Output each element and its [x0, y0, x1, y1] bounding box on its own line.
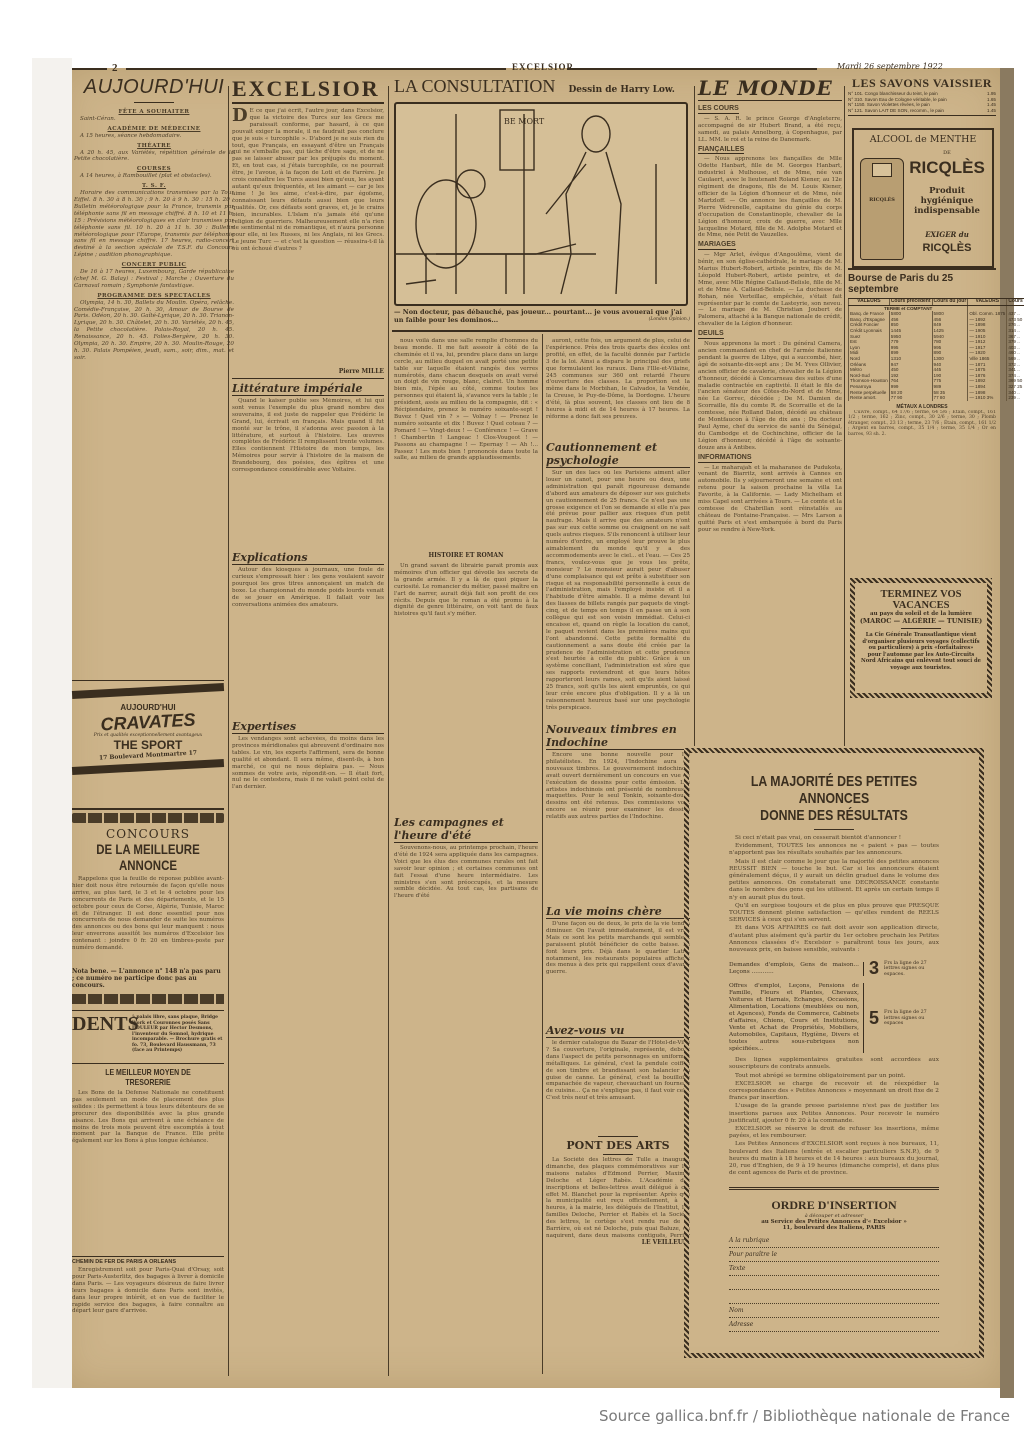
- section-paragraph: Quand le kaiser publie ses Mémoires, et …: [232, 398, 384, 474]
- le-monde-title: LE MONDE: [698, 76, 842, 101]
- ad-vacances: TERMINEZ VOS VACANCES au pays du soleil …: [850, 578, 992, 698]
- bourse-cell: Banq. de France: [849, 311, 890, 317]
- section-paragraph: Souvenons-nous, au printemps prochain, l…: [394, 845, 538, 900]
- annonce-paragraph: Si ceci n'était pas vrai, on cesserait b…: [729, 835, 939, 842]
- ricqles-brand: RICQLÈS: [904, 158, 990, 178]
- caption-source: (London Opinion.): [649, 316, 690, 324]
- bourse-header: VALEURS: [968, 299, 1007, 306]
- section-text: Horaire des communications transmises pa…: [74, 190, 234, 259]
- section-text: — S. A. R. le prince George d'Angleterre…: [698, 116, 842, 144]
- tresorerie-title: LE MEILLEUR MOYEN DE TRESORERIE: [86, 1067, 211, 1087]
- cartoon-credit: Dessin de Harry Low.: [569, 85, 675, 95]
- section-heading: Avez-vous vu: [546, 1024, 690, 1038]
- annonces-subtitle: DONNE DES RÉSULTATS: [715, 807, 953, 824]
- savon-label: N° 121. Savon LAIT DE SON, recomm., le p…: [848, 108, 944, 114]
- ad-dents: DENTS à palais libre, sans plaque, Bridg…: [72, 1010, 224, 1059]
- section-text: Nous apprenons la mort : Du général Came…: [698, 341, 842, 452]
- col-annonces: LES SAVONS VAISSIER N° 101. Congo blanch…: [848, 76, 996, 118]
- annonce-condition: EXCELSIOR se réserve le droit de refuser…: [729, 1126, 939, 1140]
- section-heading: FIANÇAILLES: [698, 147, 744, 155]
- bourse-row: Rente amort.77 9077 80— 1910 3%239 ..233…: [849, 395, 1024, 401]
- ad-cravates: AUJOURD'HUI CRAVATES Prix et qualités ex…: [72, 680, 224, 790]
- annonce-condition: Des lignes supplémentaires gratuites son…: [729, 1057, 939, 1071]
- header-rule: [126, 68, 506, 70]
- concours-text: Rappelons que la feuille de réponse publ…: [72, 876, 224, 952]
- col-aujourdhui: AUJOURD'HUI FÊTE A SOUHAITERSaint-Céran.…: [74, 76, 234, 626]
- pont-des-arts-signature: LE VEILLEUR.: [546, 1239, 690, 1246]
- tarif-unit: Frs la ligne de 27 lettres signes ou esp…: [884, 961, 934, 978]
- concours-nota: Nota bene. — L'annonce n° 148 n'a pas pa…: [72, 968, 224, 989]
- consultation-sections: HISTOIRE ET ROMANUn grand savant de libr…: [394, 552, 538, 1095]
- bourse-cell: — 1910 3%: [968, 395, 1007, 401]
- ricqles-line2: DE: [904, 150, 990, 156]
- column-divider: [228, 86, 229, 1376]
- tresorerie-section: LE MEILLEUR MOYEN DE TRESORERIE Les Bons…: [72, 1063, 224, 1347]
- ad-ricqles: ALCOOL de MENTHE RICQLÈS DE RICQLÈS Prod…: [852, 128, 994, 268]
- bourse-section: Bourse de Paris du 25 septembre VALEURSC…: [848, 268, 996, 439]
- section-heading: ACADÉMIE DE MÉDECINE: [74, 126, 234, 133]
- bourse-header: Cours précédent: [1007, 299, 1024, 306]
- col-excelsior: EXCELSIOR D E ce que j'ai écrit, l'autre…: [232, 76, 384, 886]
- section-heading: La vie moins chère: [546, 905, 690, 919]
- section-paragraph: Autour des kiosques à journaux, une foul…: [232, 567, 384, 608]
- col-chroniques: auront, cette fois, un argument de plus,…: [546, 338, 690, 1246]
- concours-subtitle: DE LA MEILLEURE ANNONCE: [86, 841, 211, 873]
- annonce-paragraph: Mais il est clair comme le jour que la m…: [729, 859, 939, 902]
- section-text: Souvenons-nous, au printemps prochain, l…: [394, 845, 538, 1095]
- section-heading: Explications: [232, 551, 384, 565]
- ricqles-exiger: EXIGER du: [904, 230, 990, 239]
- title-ornament: [134, 102, 174, 103]
- section-text: le dernier catalogue du Bazar de l'Hôtel…: [546, 1040, 690, 1130]
- annonce-paragraph: Et dans VOS AFFAIRES ce fait doit avoir …: [729, 925, 939, 954]
- ricqles-brand-footer: RICQLÈS: [904, 242, 990, 254]
- savon-price: 1.45: [987, 108, 996, 114]
- bourse-header: Cours du jour: [932, 299, 968, 306]
- metaux-text: Cuivre, compt., 64 17/6 ; terme, 64 5/6 …: [848, 410, 996, 438]
- svg-text:BE MORT: BE MORT: [504, 117, 545, 126]
- tresorerie-text: Les Bons de la Défense Nationale ne cons…: [72, 1090, 224, 1145]
- pont-des-arts-title: PONT DES ARTS: [546, 1139, 690, 1152]
- section-text: — Mgr Arlet, évêque d'Angoulême, vient d…: [698, 252, 842, 328]
- section-paragraph: Les vendanges sont achevées, du moins da…: [232, 736, 384, 791]
- vacances-countries: (MAROC — ALGÉRIE — TUNISIE): [855, 617, 987, 625]
- tarif-rubriques: Demandes d'emplois, Gens de maison... Le…: [729, 962, 864, 976]
- tarif-row: Demandes d'emplois, Gens de maison... Le…: [729, 958, 939, 979]
- bourse-cell: Obl. Comm. 1875: [968, 311, 1007, 317]
- section-heading: T. S. F.: [74, 183, 234, 190]
- section-heading: Les campagnes et l'heure d'été: [394, 816, 538, 843]
- section-paragraph: Sur un des lacs où les Parisiens aiment …: [546, 470, 690, 712]
- cartoon-drawing: BE MORT: [396, 104, 686, 304]
- section-text: Un grand savant de librairie parait prom…: [394, 563, 538, 813]
- drop-cap: D: [232, 108, 248, 124]
- ricqles-slogan: Produit hygiénique indispensable: [904, 186, 990, 216]
- ordre-field-adresse[interactable]: Adresse: [729, 1321, 939, 1332]
- ordre-form: A la rubriquePour paraître leTexteNomAdr…: [689, 1231, 979, 1332]
- column-divider: [542, 334, 543, 1374]
- consultation-header: LA CONSULTATION Dessin de Harry Low.: [394, 76, 690, 97]
- consultation-title: LA CONSULTATION: [394, 76, 555, 96]
- annonces-conditions: Des lignes supplémentaires gratuites son…: [689, 1057, 979, 1178]
- section-text: Quand le kaiser publie ses Mémoires, et …: [232, 398, 384, 548]
- bourse-cell: 77 90: [889, 395, 932, 401]
- section-heading: CONCERT PUBLIC: [74, 262, 234, 269]
- savons-price-list: N° 101. Congo blanchisseur du teint, le …: [848, 91, 996, 113]
- bourse-cell: 77 80: [932, 395, 968, 401]
- section-text: A 20 h. 45, aux Variétés, répétition gén…: [74, 150, 234, 164]
- section-text: — Le maharajah et la maharanee de Puduko…: [698, 465, 842, 534]
- dents-title: DENTS: [72, 1013, 139, 1036]
- section-heading: THÉATRE: [74, 143, 234, 150]
- col-le-monde: LE MONDE LES COURS— S. A. R. le prince G…: [698, 76, 842, 744]
- section-paragraph: le dernier catalogue du Bazar de l'Hôtel…: [546, 1040, 690, 1102]
- section-text: Saint-Céran.: [74, 116, 234, 123]
- source-credit: Source gallica.bnf.fr / Bibliothèque nat…: [599, 1407, 1010, 1425]
- page-number: 2: [112, 62, 119, 74]
- tarif-rubriques: Offres d'emploi, Leçons, Pensions de Fam…: [729, 983, 864, 1053]
- ordre-field-blank[interactable]: [729, 1293, 939, 1304]
- section-text: Les vendanges sont achevées, du moins da…: [232, 736, 384, 886]
- vacances-title: TERMINEZ VOS VACANCES: [855, 589, 987, 611]
- header-masthead: EXCELSIOR: [512, 62, 574, 72]
- excelsior-article: E ce que j'ai écrit, l'autre jour, dans …: [232, 108, 384, 252]
- pont-des-arts-text: La Société des lettres de Tulle a inaugu…: [546, 1157, 690, 1239]
- annonces-title: LA MAJORITÉ DES PETITES ANNONCES: [715, 773, 953, 807]
- newspaper-page: 2 EXCELSIOR Mardi 26 septembre 1922 AUJO…: [62, 68, 1002, 1388]
- annonce-paragraph: Qu'il en surgisse toujours et de plus en…: [729, 903, 939, 925]
- section-text: D'une façon ou de deux, le prix de la vi…: [546, 921, 690, 1021]
- section-text: Sur un des lacs où les Parisiens aiment …: [546, 470, 690, 720]
- article-signature: Pierre MILLE: [232, 368, 384, 375]
- ordre-field-a-la-rubrique[interactable]: A la rubrique: [729, 1237, 939, 1248]
- column-divider: [844, 86, 845, 746]
- annonce-condition: L'usage de la grande presse parisienne n…: [729, 1103, 939, 1125]
- section-heading: Cautionnement et psychologie: [546, 441, 690, 468]
- section-text: Encore une bonne nouvelle pour les phila…: [546, 752, 690, 902]
- concours-section: CONCOURS DE LA MEILLEURE ANNONCE Rappelo…: [72, 808, 224, 1004]
- savons-title: LES SAVONS VAISSIER: [848, 76, 996, 91]
- chemin-de-fer-text: Enregistrement soit pour Paris-Quai d'Or…: [72, 1267, 224, 1315]
- dents-text: à palais libre, sans plaque, Bridge Work…: [132, 1015, 224, 1054]
- chroniques-sections: Cautionnement et psychologieSur un des l…: [546, 441, 690, 1130]
- bourse-cell: 239 ..: [1007, 395, 1024, 401]
- savon-item: N° 121. Savon LAIT DE SON, recomm., le p…: [848, 108, 996, 114]
- section-heading: PROGRAMME DES SPECTACLES: [74, 293, 234, 300]
- tarif-row: Offres d'emploi, Leçons, Pensions de Fam…: [729, 983, 939, 1053]
- excelsior-sections: Littérature impérialeQuand le kaiser pub…: [232, 382, 384, 886]
- section-text: — Nous apprenons les fiançailles de Mlle…: [698, 156, 842, 239]
- annonces-tarifs: Demandes d'emplois, Gens de maison... Le…: [689, 958, 979, 1053]
- section-paragraph: Un grand savant de librairie parait prom…: [394, 563, 538, 618]
- section-text: Autour des kiosques à journaux, une foul…: [232, 567, 384, 717]
- chemin-de-fer-title: CHEMIN DE FER DE PARIS A ORLEANS: [72, 1259, 224, 1265]
- section-heading: Nouveaux timbres en Indochine: [546, 723, 690, 750]
- annonce-paragraph: Evidemment, TOUTES les annonces ne « pai…: [729, 843, 939, 857]
- annonce-condition: EXCELSIOR se charge de recevoir et de ré…: [729, 1081, 939, 1103]
- bourse-cell: Rente amort.: [849, 395, 890, 401]
- section-text: A 15 heures, séance hebdomadaire.: [74, 133, 234, 140]
- section-heading: DEUILS: [698, 331, 724, 339]
- aujourdhui-title: AUJOURD'HUI: [74, 76, 234, 99]
- section-paragraph: D'une façon ou de deux, le prix de la vi…: [546, 921, 690, 976]
- aujourdhui-sections: FÊTE A SOUHAITERSaint-Céran.ACADÉMIE DE …: [74, 106, 234, 626]
- section-heading: Expertises: [232, 720, 384, 734]
- ordre-field-nom[interactable]: Nom: [729, 1307, 939, 1318]
- tarif-unit: Frs la ligne de 27 lettres signes ou esp…: [884, 1010, 934, 1027]
- cartoon-illustration: BE MORT: [394, 102, 688, 306]
- ordre-field-blank[interactable]: [729, 1279, 939, 1290]
- section-paragraph: Encore une bonne nouvelle pour les phila…: [546, 752, 690, 821]
- ordre-field-texte[interactable]: Texte: [729, 1265, 939, 1276]
- header-date: Mardi 26 septembre 1922: [837, 62, 943, 71]
- section-heading: Littérature impériale: [232, 382, 384, 396]
- section-heading: HISTOIRE ET ROMAN: [394, 552, 538, 559]
- cartoon-caption: — Non docteur, pas débauché, pas joueur.…: [394, 308, 690, 324]
- annonce-condition: Les Petites Annonces d'EXCELSIOR sont re…: [729, 1141, 939, 1177]
- le-monde-sections: LES COURS— S. A. R. le prince George d'A…: [698, 104, 842, 744]
- header-rule: [72, 68, 107, 70]
- page-edge: [1000, 68, 1014, 1398]
- section-text: Olympia, 14 h. 30, Ballets du Moulin. Op…: [74, 300, 234, 362]
- section-text: A 14 heures, à Rambouillet (plat et obst…: [74, 173, 234, 180]
- annonces-paragraphs: Si ceci n'était pas vrai, on cesserait b…: [689, 835, 979, 955]
- col-consultation-text: nous voilà dans une salle remplie d'homm…: [394, 338, 538, 1095]
- ordre-field-pour-para-tre-le[interactable]: Pour paraître le: [729, 1251, 939, 1262]
- section-heading: INFORMATIONS: [698, 455, 752, 463]
- vacances-text: La Cie Générale Transatlantique vient d'…: [855, 632, 987, 672]
- bourse-row: Banq. de France58005800Obl. Comm. 187543…: [849, 311, 1024, 317]
- petites-annonces-box: LA MAJORITÉ DES PETITES ANNONCES DONNE D…: [684, 748, 984, 1358]
- bourse-header: VALEURS: [849, 299, 890, 306]
- tarif-price: 3: [869, 958, 879, 979]
- bottle-illustration: RICQLÈS: [860, 158, 904, 260]
- section-heading: FÊTE A SOUHAITER: [74, 109, 234, 116]
- column-divider: [388, 86, 389, 1376]
- consultation-text: nous voilà dans une salle remplie d'homm…: [394, 338, 538, 462]
- annonce-condition: Tout mot abrégé se termine obligatoireme…: [729, 1073, 939, 1080]
- bourse-cell: 327 25: [1007, 384, 1024, 390]
- excelsior-title: EXCELSIOR: [232, 76, 384, 104]
- tarif-price: 5: [869, 1008, 879, 1029]
- bourse-table: VALEURSCours précédentCours du jourVALEU…: [848, 298, 1024, 401]
- bourse-header: Cours précédent: [889, 299, 932, 306]
- section-text: De 16 à 17 heures, Luxembourg, Garde rép…: [74, 269, 234, 290]
- column-divider: [694, 86, 695, 746]
- concours-title: CONCOURS: [72, 827, 224, 841]
- header-rule: [567, 68, 817, 70]
- ricqles-line1: ALCOOL de MENTHE: [854, 134, 992, 145]
- section-heading: MARIAGES: [698, 242, 736, 250]
- caption-rule: [392, 330, 692, 332]
- ordre-title: ORDRE D'INSERTION: [689, 1198, 979, 1213]
- section-heading: LES COURS: [698, 106, 739, 114]
- chroniques-intro: auront, cette fois, un argument de plus,…: [546, 338, 690, 421]
- bourse-title: Bourse de Paris du 25 septembre: [848, 273, 996, 295]
